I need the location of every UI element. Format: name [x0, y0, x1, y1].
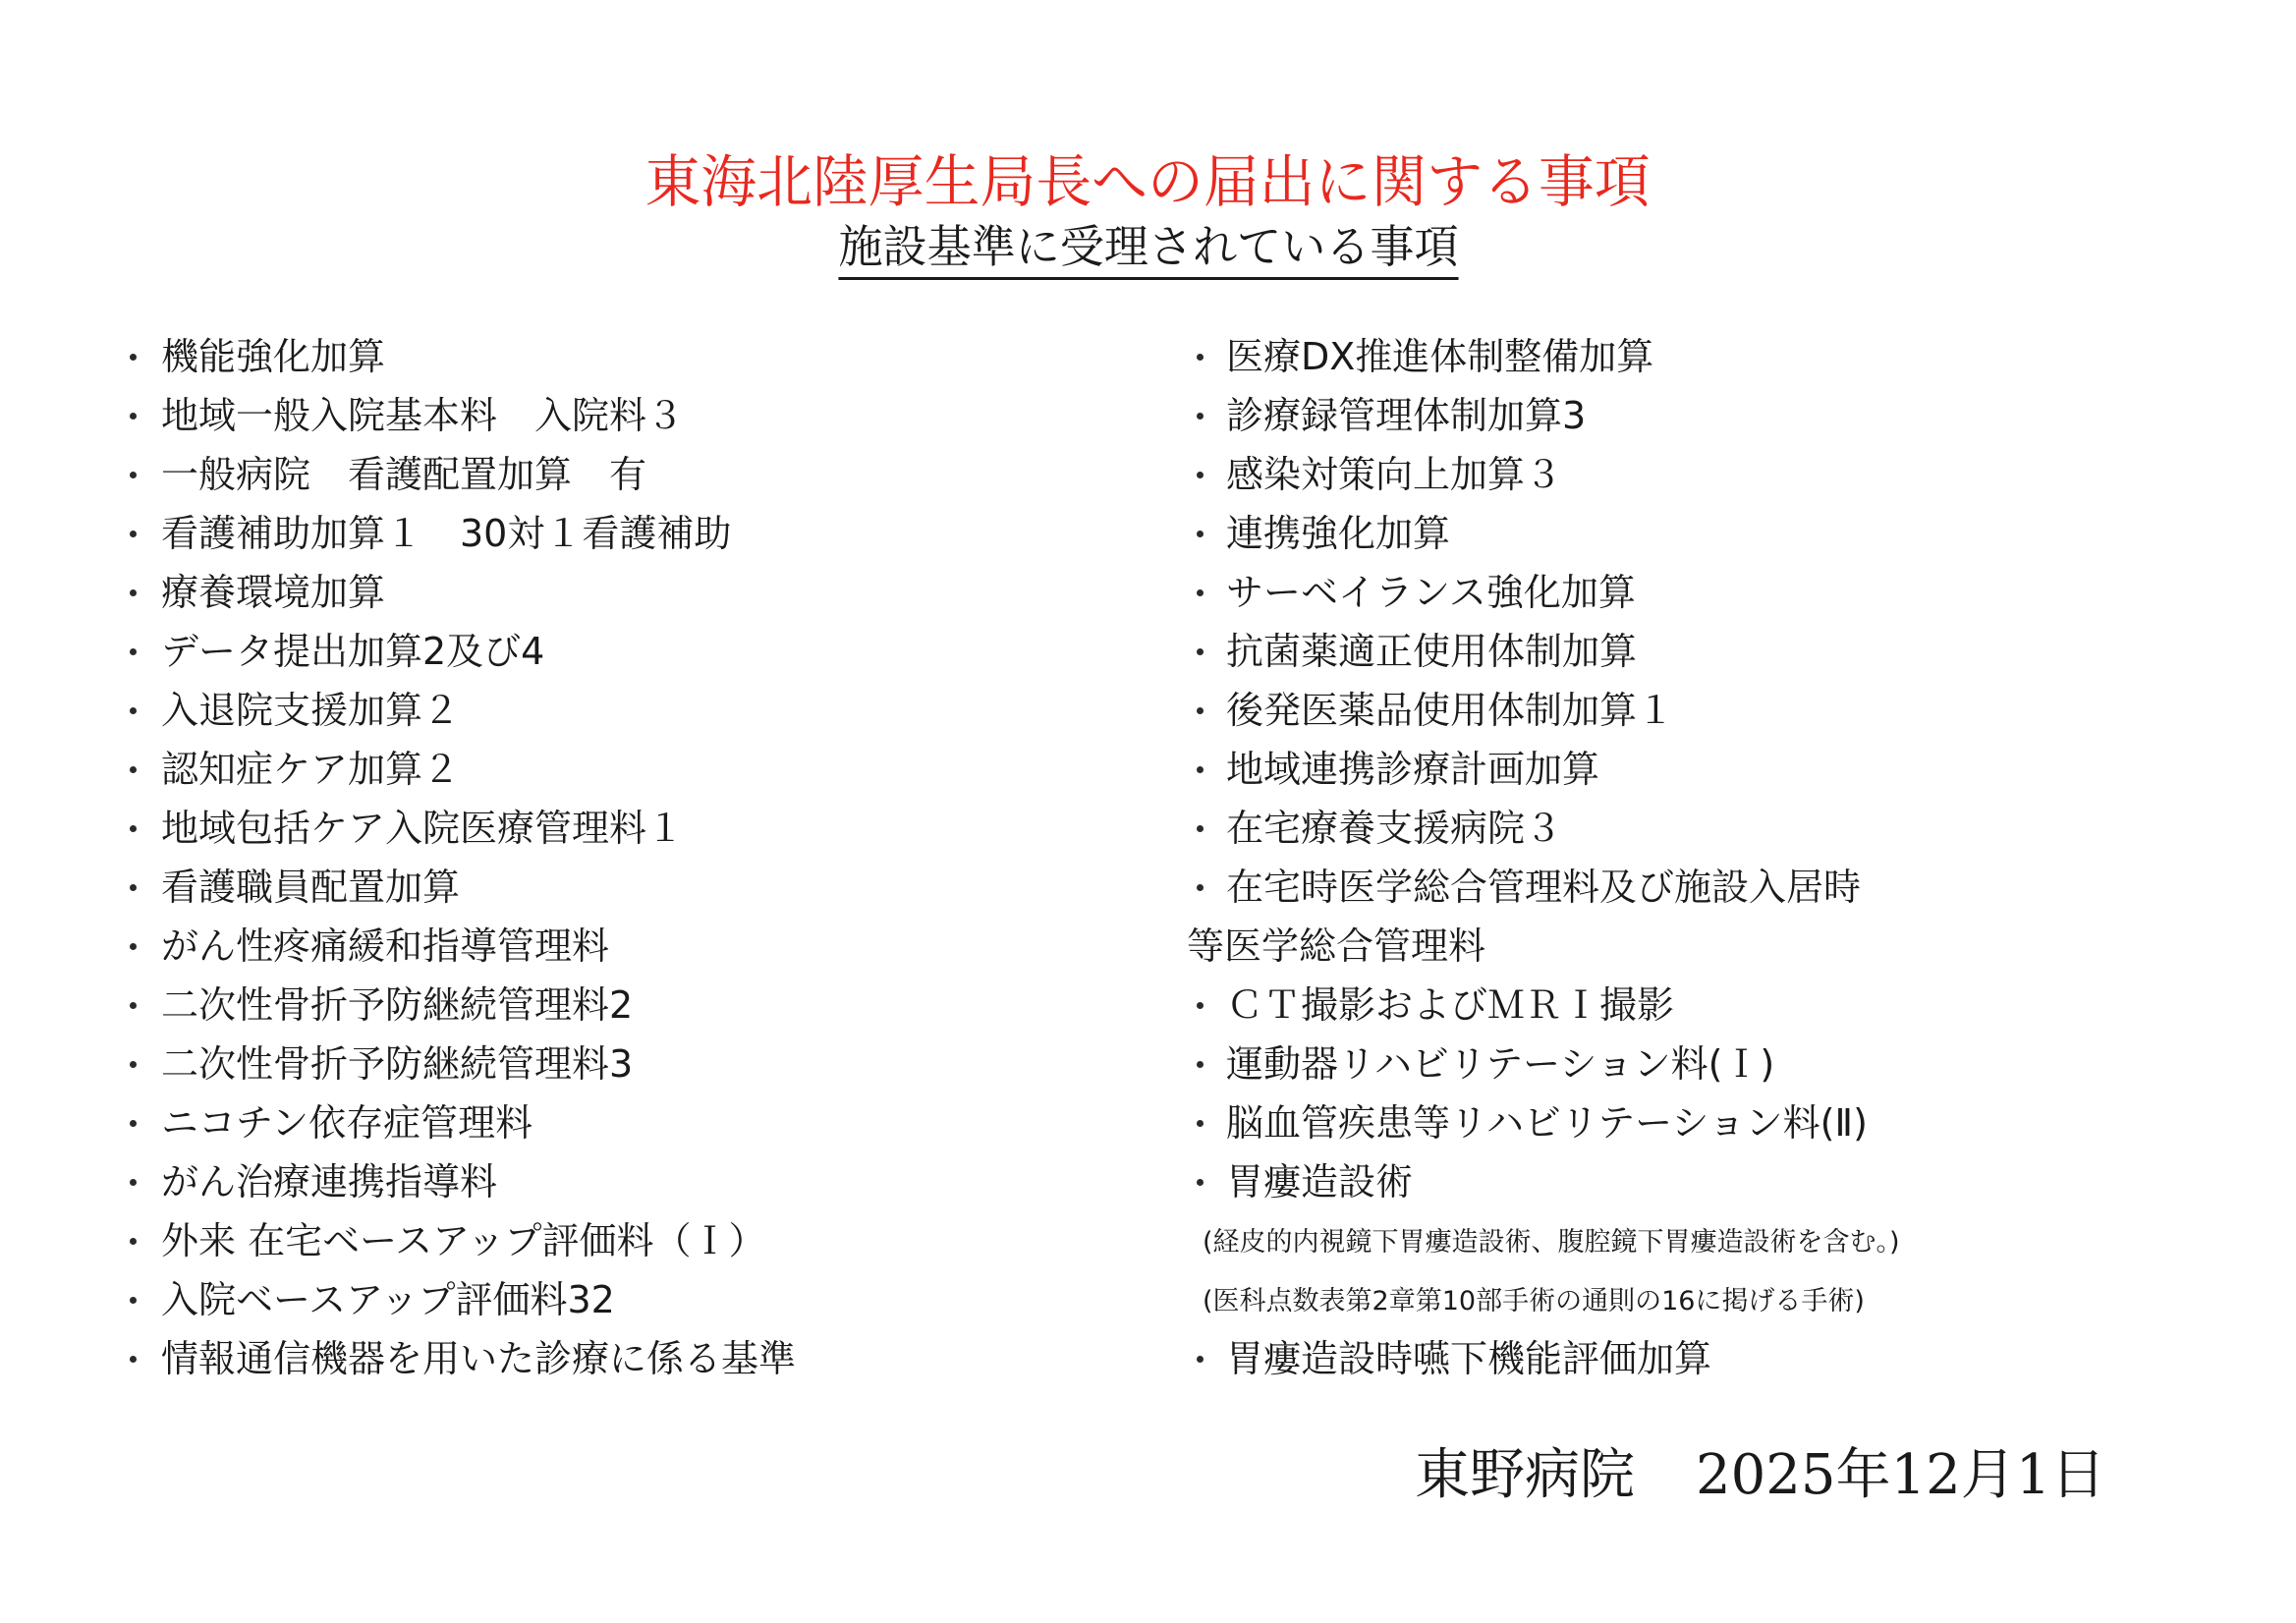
list-item: 在宅時医学総合管理料及び施設入居時: [1187, 860, 1900, 919]
bullet-icon: [1197, 825, 1204, 832]
list-item: 地域一般入院基本料 入院料３: [126, 388, 796, 447]
list-item-text: ＣＴ撮影およびＭＲＩ撮影: [1226, 983, 1674, 1027]
bullet-icon: [1197, 1120, 1204, 1127]
list-item-text: 情報通信機器を用いた診療に係る基準: [161, 1337, 796, 1380]
list-item-text: 看護補助加算１ 30対１看護補助: [161, 512, 731, 555]
list-item: 抗菌薬適正使用体制加算: [1187, 624, 1900, 683]
list-item: 運動器リハビリテーション料(Ｉ): [1187, 1036, 1900, 1095]
bullet-icon: [130, 589, 137, 596]
list-item-text: 在宅時医学総合管理料及び施設入居時: [1226, 866, 1861, 909]
bullet-icon: [1197, 1061, 1204, 1068]
hospital-name: 東野病院: [1415, 1443, 1635, 1507]
list-item-text: 地域連携診療計画加算: [1226, 748, 1599, 791]
bullet-icon: [130, 1238, 137, 1245]
footer-signature: 東野病院2025年12月1日: [1415, 1436, 2105, 1515]
list-item-text: 二次性骨折予防継続管理料3: [161, 1042, 633, 1086]
list-item: がん性疼痛緩和指導管理料: [126, 919, 796, 978]
list-item: がん治療連携指導料: [126, 1154, 796, 1213]
list-item: 地域連携診療計画加算: [1187, 742, 1900, 801]
list-item: 在宅療養支援病院３: [1187, 801, 1900, 860]
bullet-icon: [130, 648, 137, 655]
list-item: 医療DX推進体制整備加算: [1187, 329, 1900, 388]
list-item-text: 入院ベースアップ評価料32: [161, 1278, 615, 1321]
bullet-icon: [1197, 884, 1204, 891]
list-item-text: がん性疼痛緩和指導管理料: [161, 924, 609, 968]
right-column-list: 医療DX推進体制整備加算 診療録管理体制加算3 感染対策向上加算３ 連携強化加算…: [1187, 329, 1900, 1390]
page-title: 東海北陸厚生局長への届出に関する事項: [0, 147, 2296, 216]
list-item: 脳血管疾患等リハビリテーション料(Ⅱ): [1187, 1095, 1900, 1154]
list-item-text: 脳血管疾患等リハビリテーション料(Ⅱ): [1226, 1101, 1868, 1145]
list-item: 療養環境加算: [126, 565, 796, 624]
list-item-text: ニコチン依存症管理料: [161, 1101, 532, 1145]
list-item: 胃瘻造設術: [1187, 1154, 1900, 1213]
bullet-icon: [1197, 472, 1204, 478]
bullet-icon: [1197, 354, 1204, 361]
list-item: サーベイランス強化加算: [1187, 565, 1900, 624]
list-item-text: 入退院支援加算２: [161, 689, 460, 732]
list-item-note: (医科点数表第2章第10部手術の通則の16に掲げる手術): [1187, 1272, 1900, 1331]
list-item-text: 地域一般入院基本料 入院料３: [161, 394, 684, 437]
list-item: ニコチン依存症管理料: [126, 1095, 796, 1154]
list-item: ＣＴ撮影およびＭＲＩ撮影: [1187, 978, 1900, 1036]
list-item: 外来 在宅ベースアップ評価料（Ｉ）: [126, 1213, 796, 1272]
list-item-continuation: 等医学総合管理料: [1187, 919, 1900, 978]
bullet-icon: [1197, 531, 1204, 537]
bullet-icon: [130, 884, 137, 891]
bullet-icon: [1197, 1356, 1204, 1363]
bullet-icon: [130, 1356, 137, 1363]
list-item: 情報通信機器を用いた診療に係る基準: [126, 1331, 796, 1390]
list-item: 一般病院 看護配置加算 有: [126, 447, 796, 506]
document-page: 東海北陸厚生局長への届出に関する事項 施設基準に受理されている事項 機能強化加算…: [0, 0, 2296, 1623]
page-subtitle: 施設基準に受理されている事項: [0, 218, 2296, 280]
list-item: 診療録管理体制加算3: [1187, 388, 1900, 447]
list-item-text: サーベイランス強化加算: [1226, 571, 1636, 614]
list-item: 胃瘻造設時嚥下機能評価加算: [1187, 1331, 1900, 1390]
bullet-icon: [130, 354, 137, 361]
note-text: (医科点数表第2章第10部手術の通則の16に掲げる手術): [1203, 1286, 1865, 1316]
list-item: 二次性骨折予防継続管理料2: [126, 978, 796, 1036]
bullet-icon: [130, 1061, 137, 1068]
note-text: (経皮的内視鏡下胃瘻造設術、腹腔鏡下胃瘻造設術を含む。): [1203, 1227, 1900, 1258]
bullet-icon: [1197, 1179, 1204, 1186]
bullet-icon: [130, 943, 137, 950]
list-item: 認知症ケア加算２: [126, 742, 796, 801]
list-item-text: 機能強化加算: [161, 335, 385, 378]
bullet-icon: [130, 531, 137, 537]
list-item-text: 抗菌薬適正使用体制加算: [1226, 630, 1637, 673]
list-item: データ提出加算2及び4: [126, 624, 796, 683]
issue-date: 2025年12月1日: [1696, 1443, 2105, 1507]
list-item: 看護職員配置加算: [126, 860, 796, 919]
list-item: 後発医薬品使用体制加算１: [1187, 683, 1900, 742]
list-item-note: (経皮的内視鏡下胃瘻造設術、腹腔鏡下胃瘻造設術を含む。): [1187, 1213, 1900, 1272]
bullet-icon: [130, 1002, 137, 1009]
bullet-icon: [1197, 766, 1204, 773]
list-item-text: 一般病院 看護配置加算 有: [161, 453, 646, 496]
bullet-icon: [1197, 648, 1204, 655]
list-item-text: 在宅療養支援病院３: [1226, 807, 1562, 850]
list-item: 連携強化加算: [1187, 506, 1900, 565]
bullet-icon: [130, 766, 137, 773]
bullet-icon: [130, 413, 137, 420]
list-item-text: データ提出加算2及び4: [161, 630, 544, 673]
left-column-list: 機能強化加算 地域一般入院基本料 入院料３ 一般病院 看護配置加算 有 看護補助…: [126, 329, 796, 1390]
list-item: 看護補助加算１ 30対１看護補助: [126, 506, 796, 565]
list-item-text: 地域包括ケア入院医療管理料１: [161, 807, 684, 850]
list-item-text: 看護職員配置加算: [161, 866, 460, 909]
list-item-text: 胃瘻造設時嚥下機能評価加算: [1226, 1337, 1711, 1380]
page-subtitle-text: 施設基準に受理されている事項: [838, 218, 1458, 280]
bullet-icon: [130, 1179, 137, 1186]
list-item: 入院ベースアップ評価料32: [126, 1272, 796, 1331]
bullet-icon: [1197, 1002, 1204, 1009]
list-item-text: 等医学総合管理料: [1187, 924, 1485, 968]
list-item-text: 二次性骨折予防継続管理料2: [161, 983, 633, 1027]
list-item: 地域包括ケア入院医療管理料１: [126, 801, 796, 860]
bullet-icon: [130, 825, 137, 832]
bullet-icon: [130, 1120, 137, 1127]
bullet-icon: [1197, 413, 1204, 420]
bullet-icon: [130, 472, 137, 478]
list-item-text: 認知症ケア加算２: [161, 748, 460, 791]
list-item-text: がん治療連携指導料: [161, 1160, 497, 1203]
list-item-text: 胃瘻造設術: [1226, 1160, 1413, 1203]
list-item-text: 運動器リハビリテーション料(Ｉ): [1226, 1042, 1774, 1086]
page-title-text: 東海北陸厚生局長への届出に関する事項: [645, 147, 1651, 216]
bullet-icon: [130, 707, 137, 714]
list-item-text: 連携強化加算: [1226, 512, 1450, 555]
list-item-text: 診療録管理体制加算3: [1226, 394, 1586, 437]
bullet-icon: [1197, 589, 1204, 596]
bullet-icon: [130, 1297, 137, 1304]
list-item-text: 後発医薬品使用体制加算１: [1226, 689, 1674, 732]
bullet-icon: [1197, 707, 1204, 714]
list-item-text: 療養環境加算: [161, 571, 385, 614]
list-item-text: 医療DX推進体制整備加算: [1226, 335, 1653, 378]
list-item-text: 外来 在宅ベースアップ評価料（Ｉ）: [161, 1219, 766, 1262]
list-item: 二次性骨折予防継続管理料3: [126, 1036, 796, 1095]
list-item: 入退院支援加算２: [126, 683, 796, 742]
list-item-text: 感染対策向上加算３: [1226, 453, 1562, 496]
list-item: 機能強化加算: [126, 329, 796, 388]
list-item: 感染対策向上加算３: [1187, 447, 1900, 506]
